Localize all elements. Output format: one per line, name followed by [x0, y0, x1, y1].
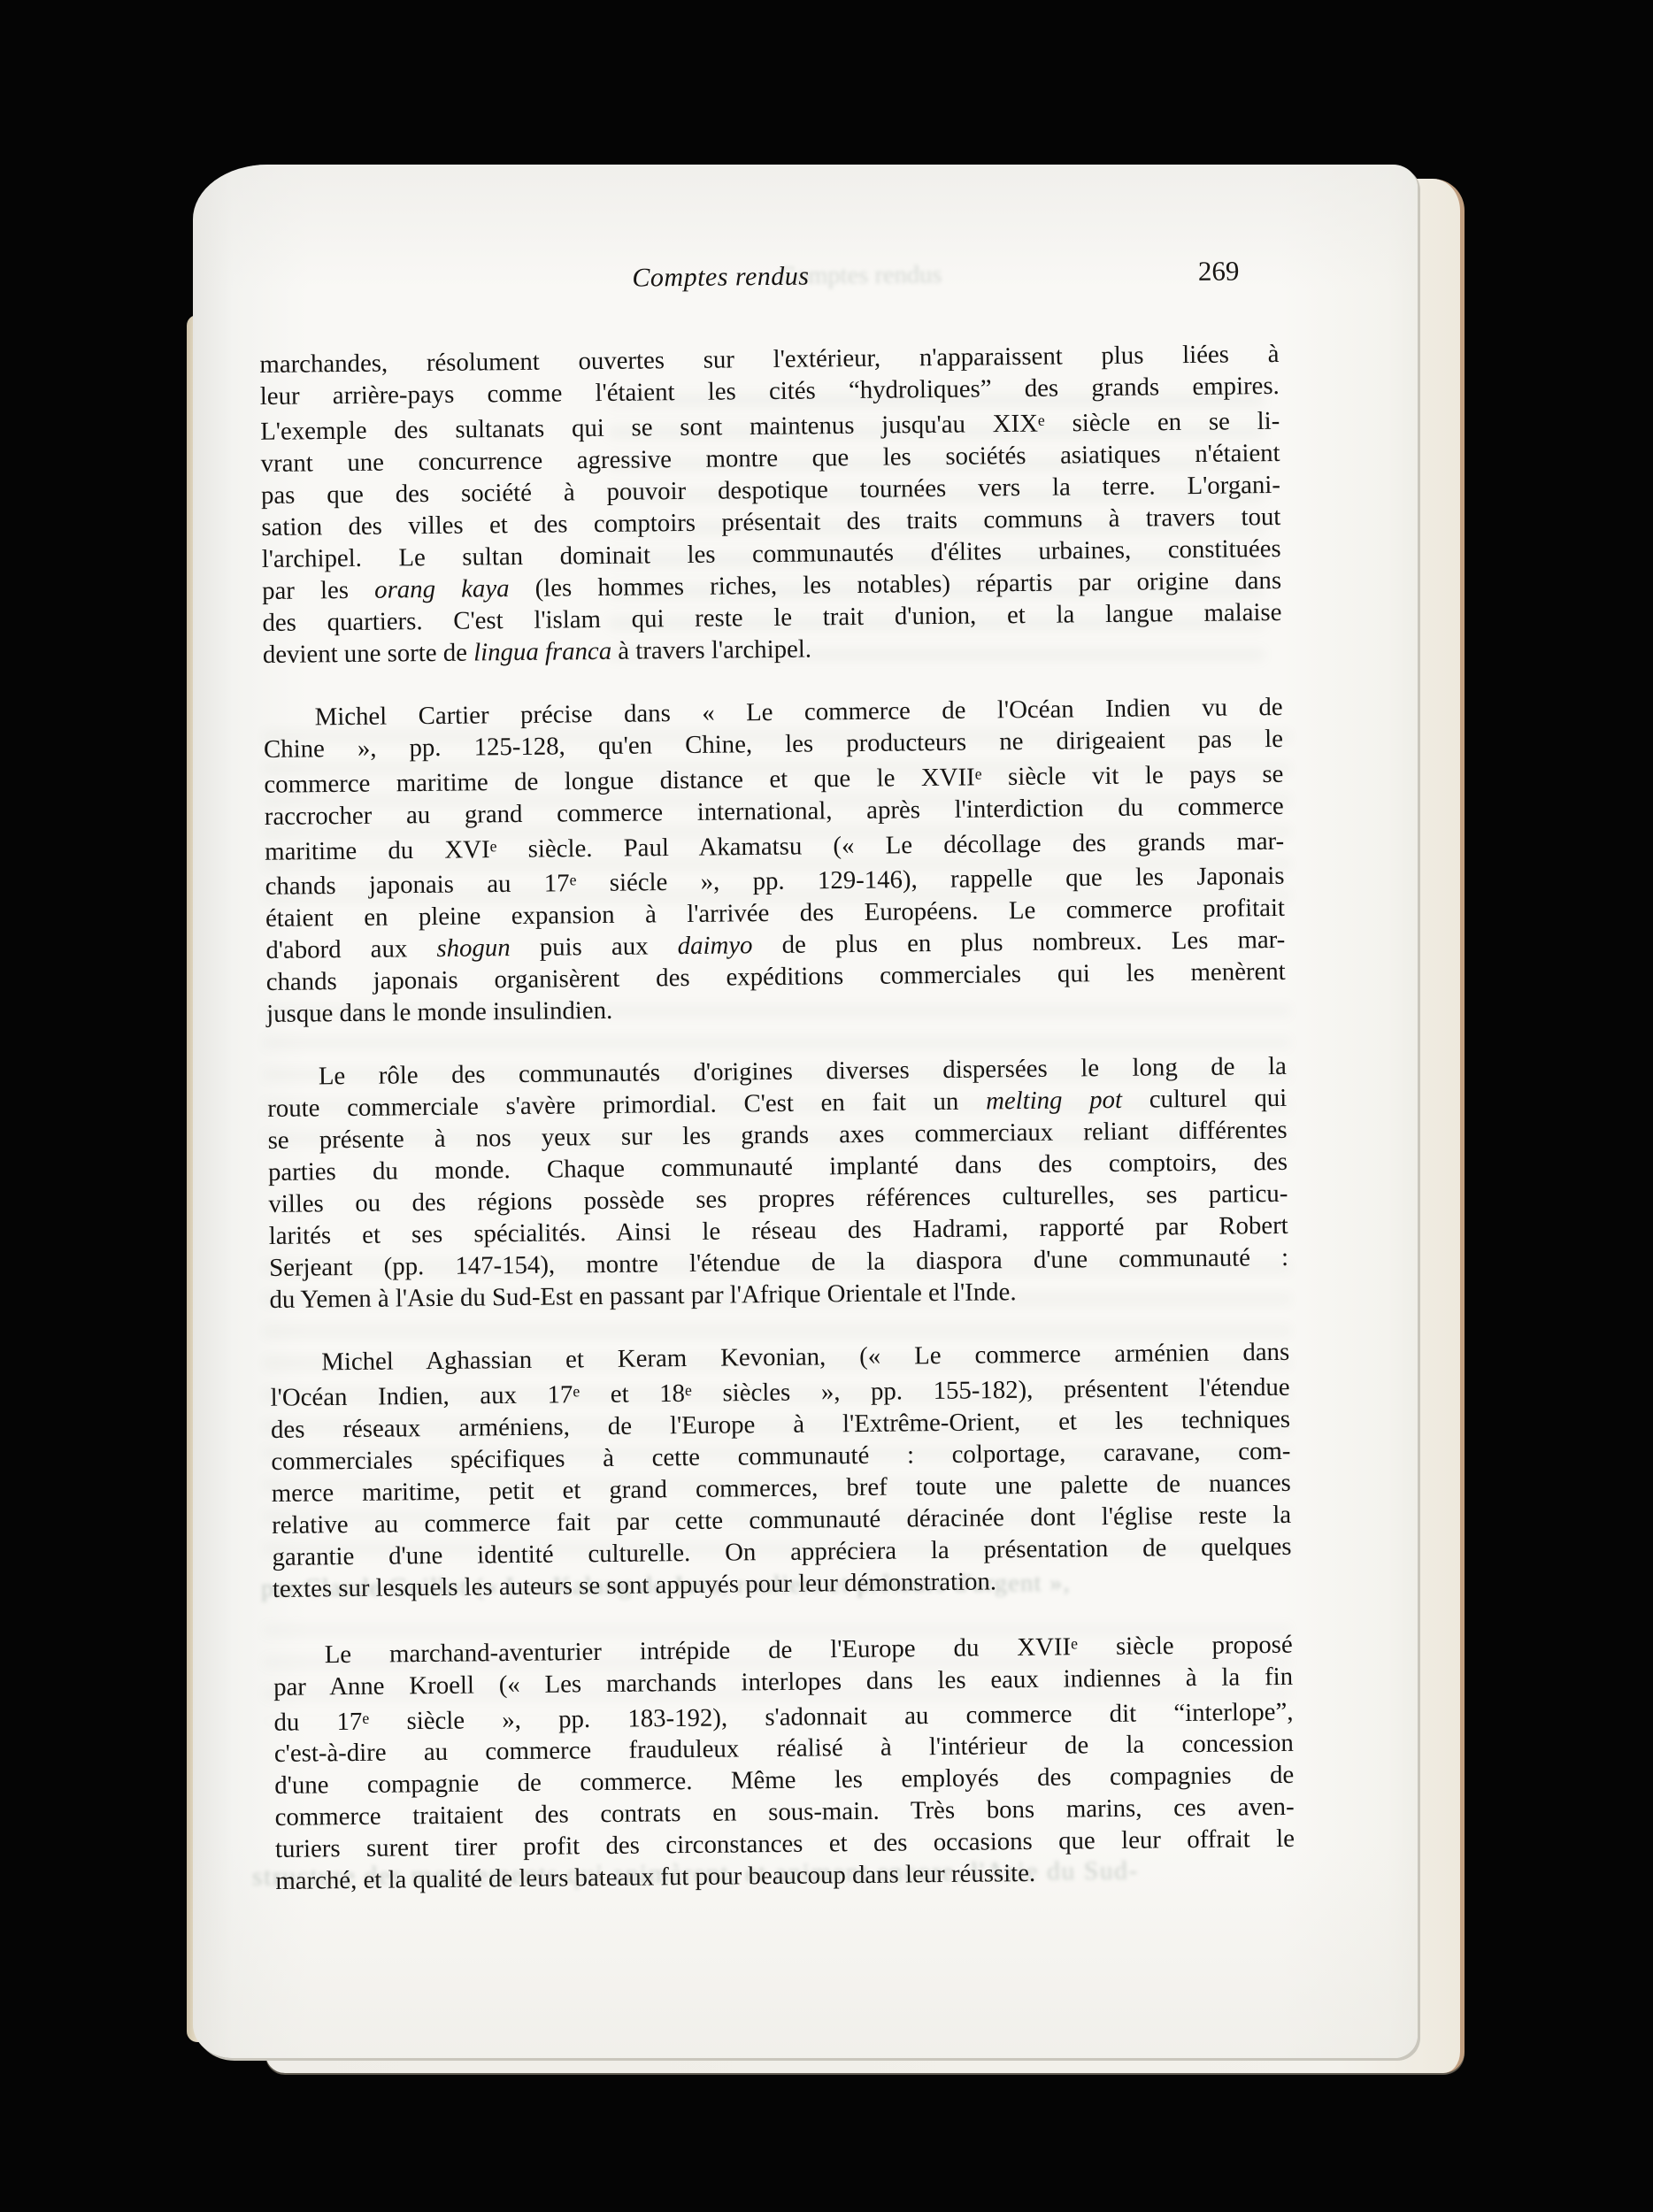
text-segment: siècle en se li- [1045, 407, 1280, 438]
text-segment: chands japonais au 17 [265, 870, 569, 902]
text-segment: à travers l'archipel. [611, 634, 811, 664]
text-segment: de plus en plus nombreux. Les mar- [752, 926, 1285, 959]
running-header-title: Comptes rendus [632, 262, 809, 294]
text-segment: devient une sorte de [263, 638, 474, 668]
italic-term: orang kaya [374, 574, 510, 604]
text-segment: siècle vit le pays se [981, 760, 1283, 792]
text-segment: puis aux [510, 932, 677, 962]
italic-term: lingua franca [473, 637, 611, 667]
page-number: 269 [1198, 255, 1279, 288]
paragraph: Michel Aghassian et Keram Kevonian, (« L… [270, 1336, 1292, 1605]
paragraph: marchandes, résolument ouvertes sur l'ex… [259, 338, 1282, 671]
text-body: marchandes, résolument ouvertes sur l'ex… [259, 338, 1295, 1897]
running-header: Comptes rendus 269 [258, 255, 1278, 297]
text-segment: siècles », pp. 155-182), présentent l'ét… [692, 1373, 1290, 1408]
text-segment: par les [262, 575, 374, 604]
text-segment: d'abord aux [265, 934, 436, 964]
italic-term: melting pot [986, 1086, 1122, 1116]
text-segment: marché, et la qualité de leurs bateaux f… [275, 1859, 1035, 1895]
text-segment: maritime du XVI [265, 835, 490, 866]
paragraph: Le marchand-aventurier intrépide de l'Eu… [273, 1625, 1295, 1898]
text-segment: siècle proposé [1078, 1631, 1293, 1662]
superscript-ordinal: e [569, 872, 576, 889]
text-segment: culturel qui [1122, 1084, 1288, 1114]
text-segment: commerce maritime de longue distance et … [264, 763, 975, 798]
italic-term: shogun [436, 933, 511, 963]
text-segment: l'Océan Indien, aux 17 [271, 1380, 573, 1412]
superscript-ordinal: e [362, 1709, 369, 1727]
paragraph: Le rôle des communautés d'origines diver… [267, 1050, 1289, 1316]
superscript-ordinal: e [1038, 411, 1045, 429]
text-segment: textes sur lesquels les auteurs se sont … [273, 1567, 996, 1603]
text-segment: du Yemen à l'Asie du Sud-Est en passant … [269, 1278, 1016, 1314]
text-segment: du 17 [273, 1707, 362, 1736]
page-text-block: Comptes rendus 269 marchandes, résolumen… [258, 255, 1295, 1897]
italic-term: daimyo [678, 931, 753, 960]
superscript-ordinal: e [573, 1382, 580, 1400]
text-segment: et 18 [580, 1379, 685, 1409]
paragraph: Michel Cartier précise dans « Le commerc… [263, 691, 1286, 1030]
text-segment: jusque dans le monde insulindien. [266, 996, 612, 1028]
book-page: Comptes rendus par Claude Guillot (« Les… [193, 165, 1418, 2058]
